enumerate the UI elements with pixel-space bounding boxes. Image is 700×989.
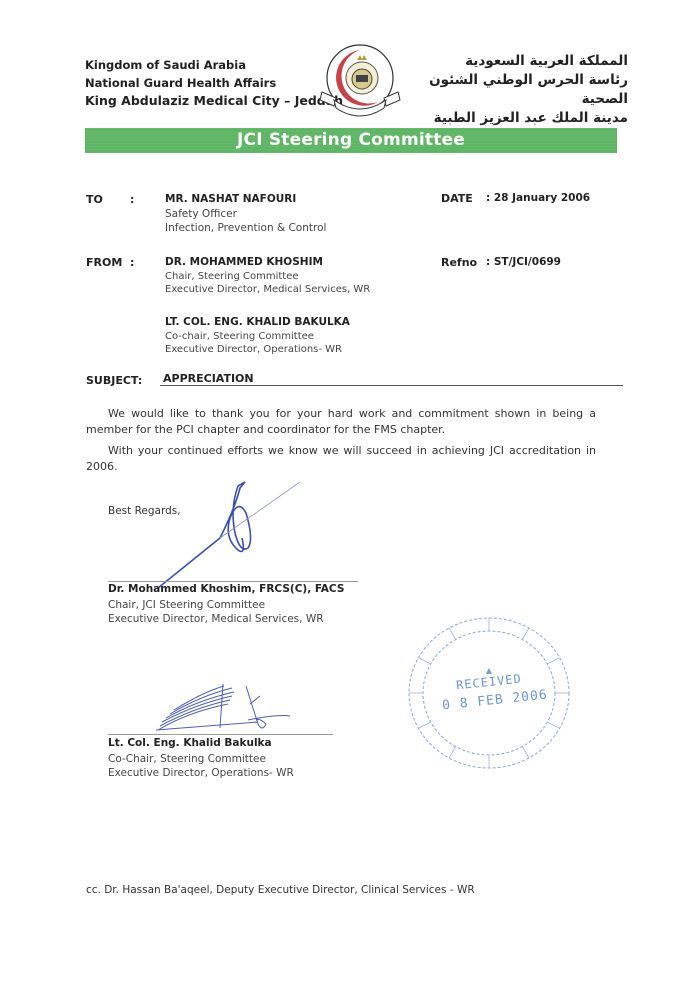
signature-1-line	[108, 581, 358, 582]
body-paragraph-2: With your continued efforts we know we w…	[86, 443, 596, 475]
signatory-1-title: Chair, JCI Steering Committee	[108, 598, 265, 612]
from-colon: :	[130, 256, 134, 269]
recipient-name: MR. NASHAT NAFOURI	[165, 193, 296, 205]
from-label: FROM	[86, 256, 122, 269]
date-value: : 28 January 2006	[486, 192, 590, 204]
received-stamp: ▲ RECEIVED 0 8 FEB 2006	[404, 613, 574, 773]
letterhead-line-2: National Guard Health Affairs	[85, 74, 343, 92]
sender-2-position: Executive Director, Operations- WR	[165, 343, 342, 357]
letterhead-arabic: المملكة العربية السعودية رئاسة الحرس الو…	[413, 52, 628, 128]
letterhead-arabic-line-3: مدينة الملك عبد العزيز الطبية	[413, 109, 628, 128]
to-colon: :	[130, 193, 134, 206]
sender-1-title: Chair, Steering Committee	[165, 270, 299, 284]
recipient-department: Infection, Prevention & Control	[165, 221, 326, 235]
refno-label: Refno	[441, 256, 477, 269]
signatory-2-position: Executive Director, Operations- WR	[108, 766, 294, 780]
date-label: DATE	[441, 192, 473, 205]
sender-1-position: Executive Director, Medical Services, WR	[165, 283, 370, 297]
letterhead-arabic-line-1: المملكة العربية السعودية	[413, 52, 628, 71]
body-paragraph-1: We would like to thank you for your hard…	[86, 406, 596, 438]
signatory-1-position: Executive Director, Medical Services, WR	[108, 612, 324, 626]
signatory-2-title: Co-Chair, Steering Committee	[108, 752, 266, 766]
letterhead-arabic-line-2: رئاسة الحرس الوطني الشئون الصحية	[413, 71, 628, 109]
signature-1-icon	[150, 478, 310, 590]
cc-line: cc. Dr. Hassan Ba'aqeel, Deputy Executiv…	[86, 884, 475, 896]
sender-2-title: Co-chair, Steering Committee	[165, 330, 314, 344]
letterhead-english: Kingdom of Saudi Arabia National Guard H…	[85, 56, 343, 110]
signatory-2-name: Lt. Col. Eng. Khalid Bakulka	[108, 737, 272, 749]
refno-value: : ST/JCI/0699	[486, 256, 561, 268]
committee-banner: JCI Steering Committee	[85, 128, 617, 153]
emblem-logo-icon	[316, 42, 404, 118]
signature-2-icon	[148, 682, 298, 734]
subject-underline	[160, 385, 623, 386]
to-label: TO	[86, 193, 103, 206]
recipient-title: Safety Officer	[165, 207, 237, 221]
sender-1-name: DR. MOHAMMED KHOSHIM	[165, 256, 323, 268]
letterhead-line-1: Kingdom of Saudi Arabia	[85, 56, 343, 74]
subject-value: APPRECIATION	[163, 372, 254, 385]
sender-2-name: LT. COL. ENG. KHALID BAKULKA	[165, 316, 350, 328]
signature-2-line	[108, 734, 333, 735]
letterhead-line-3: King Abdulaziz Medical City – Jeddah	[85, 92, 343, 110]
subject-label: SUBJECT:	[86, 374, 142, 387]
signatory-1-name: Dr. Mohammed Khoshim, FRCS(C), FACS	[108, 583, 344, 595]
